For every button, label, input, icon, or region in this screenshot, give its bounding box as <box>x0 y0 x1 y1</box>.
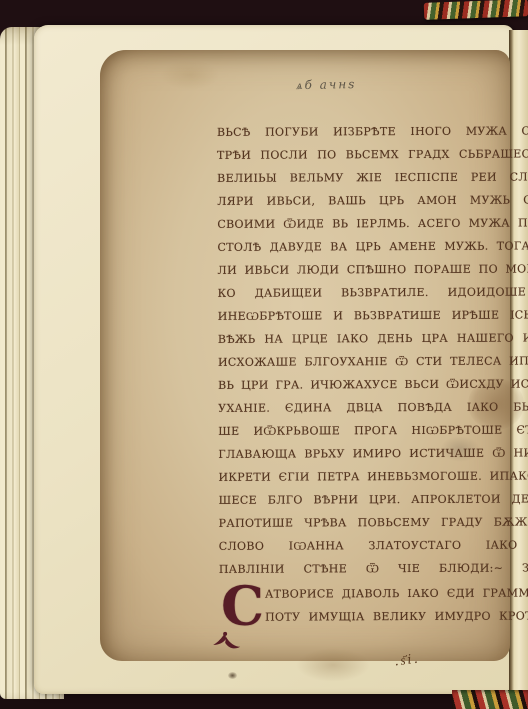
text-line: ли ивьси люди спѣшно пораше по море ипос… <box>217 257 528 282</box>
text-line: велиіьы вельму жіе іеспіспе реи слишите … <box>217 165 528 190</box>
text-line: инеѡбрѣтоше и вьзвратише ирѣше іськцрци … <box>218 303 528 328</box>
parchment-stain <box>160 60 220 90</box>
text-line: шесе блго вѣрни цри. апроклетои деі офан… <box>218 487 528 512</box>
text-line: вь цри гра. ичюжахусе вьси ѿисхду исходи… <box>218 372 528 397</box>
text-line: икрети єгіи петра иневьзмогоше. ипако ис… <box>218 464 528 489</box>
manuscript-photo: ѧб ачнѕ вьсѣ погуби иізбрѣте іного мужа … <box>0 0 528 709</box>
text-line: рапотише чрѣва повьсему граду бѫже нашел… <box>219 510 528 535</box>
binding-headband-bottom <box>452 690 528 709</box>
text-line: столѣ давуде ва црь амене мужь. тога вла… <box>217 234 528 259</box>
text-line: поту имущіа велику имудро кротіко итихо <box>219 604 528 629</box>
text-line: слово іѡанна златоустаго іако зачехусе <box>219 533 528 558</box>
text-line: исхожаше блгоуханіе ѿ сти телеса ипоісри… <box>218 349 528 374</box>
text-line: ляри ивьси, вашь црь амон мужь сьбратіам… <box>217 188 528 213</box>
text-line: вѣжь на црце іако день цра нашего ибраті… <box>218 326 528 351</box>
text-line: атворисе діаволь іако єди грамматникь лѣ <box>219 581 528 606</box>
initial-letter: С <box>221 579 264 633</box>
text-line: уханіе. єдина двца повѣда іако бы иприши <box>218 395 528 420</box>
text-line: павлініи стѣне ѿ чіе блюди:~ замать вь <box>219 556 528 581</box>
text-line: ко дабищеи вьзвратиле. идоидоше догерма <box>218 280 528 305</box>
text-line: трѣи посли по вьсемх градх сьбрашесе мал… <box>217 142 528 167</box>
text-line: вьсѣ погуби иізбрѣте іного мужа себѣ нюѡ <box>217 119 528 144</box>
text-line: своими ѿиде вь іерлмь. асего мужа постав… <box>217 211 528 236</box>
floral-flourish-icon <box>211 631 241 657</box>
folio-header-inscription: ѧб ачнѕ <box>296 76 426 93</box>
text-line: главающа врьху имиро истичаше ѿ ни ихуди… <box>218 441 528 466</box>
binding-headband-top <box>424 0 528 20</box>
paragraph-with-initial: С атворисе діаволь іако єди грамматникь … <box>219 581 528 629</box>
text-block: вьсѣ погуби иізбрѣте іного мужа себѣ нюѡ… <box>217 119 528 629</box>
text-line: ше иѿкрьвоше прога ніѡбрѣтоше єти телеса <box>218 418 528 443</box>
manuscript-page: ѧб ачнѕ вьсѣ погуби иізбрѣте іного мужа … <box>100 50 510 661</box>
